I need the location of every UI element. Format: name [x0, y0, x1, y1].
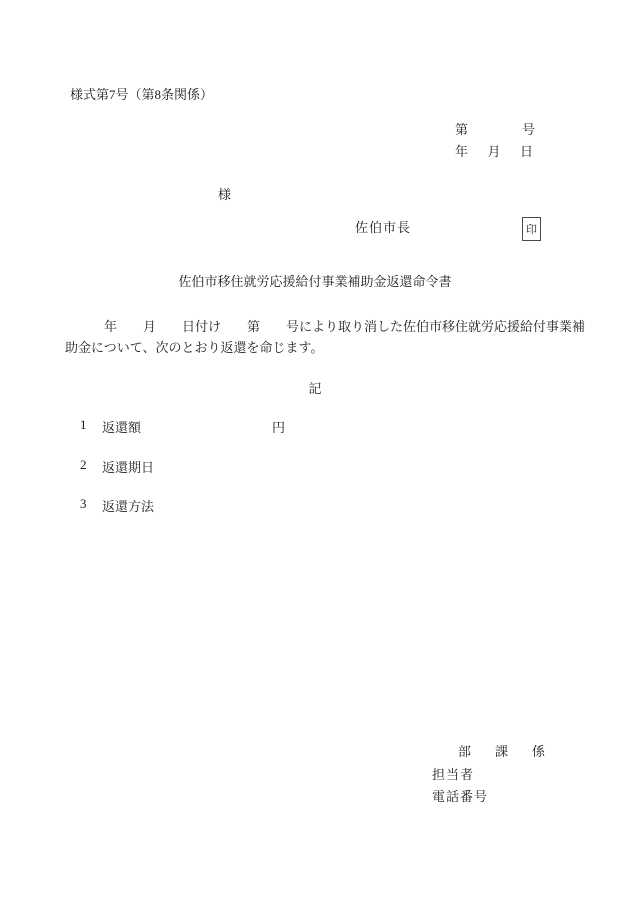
item-label: 返還方法 — [102, 496, 154, 515]
item-number: 2 — [80, 457, 87, 473]
seal-stamp-box: 印 — [522, 217, 541, 241]
document-page: 様式第7号（第8条関係） 第 号 年 月 日 様 佐伯市長 印 佐伯市移住就労応… — [0, 0, 630, 903]
contact-person-label: 担当者 — [432, 764, 474, 783]
doc-number-prefix: 第 — [455, 119, 468, 138]
record-marker: 記 — [0, 378, 630, 397]
item-label: 返還期日 — [102, 457, 154, 476]
date-day-label: 日 — [520, 141, 533, 160]
contact-department-line: 部 課 係 — [458, 741, 545, 760]
item-unit-yen: 円 — [272, 417, 285, 436]
item-number: 1 — [80, 417, 87, 433]
date-month-label: 月 — [487, 141, 500, 160]
document-title: 佐伯市移住就労応援給付事業補助金返還命令書 — [0, 271, 630, 290]
doc-number-suffix: 号 — [522, 119, 535, 138]
recipient-honorific: 様 — [218, 184, 231, 203]
item-number: 3 — [80, 496, 87, 512]
item-label: 返還額 — [102, 417, 141, 436]
seal-label: 印 — [526, 221, 537, 237]
contact-department-label: 部 — [458, 741, 471, 760]
body-paragraph-line2: 助金について、次のとおり返還を命じます。 — [65, 337, 323, 356]
issuer-name: 佐伯市長 — [355, 217, 411, 236]
form-number: 様式第7号（第8条関係） — [70, 84, 213, 103]
doc-number-line: 第 号 — [455, 119, 535, 138]
date-year-label: 年 — [455, 141, 468, 160]
date-line: 年 月 日 — [455, 141, 533, 160]
contact-section-label: 課 — [495, 741, 508, 760]
body-paragraph-line1: 年 月 日付け 第 号により取り消した佐伯市移住就労応援給付事業補 — [65, 316, 585, 335]
contact-unit-label: 係 — [532, 741, 545, 760]
contact-phone-label: 電話番号 — [432, 786, 488, 805]
